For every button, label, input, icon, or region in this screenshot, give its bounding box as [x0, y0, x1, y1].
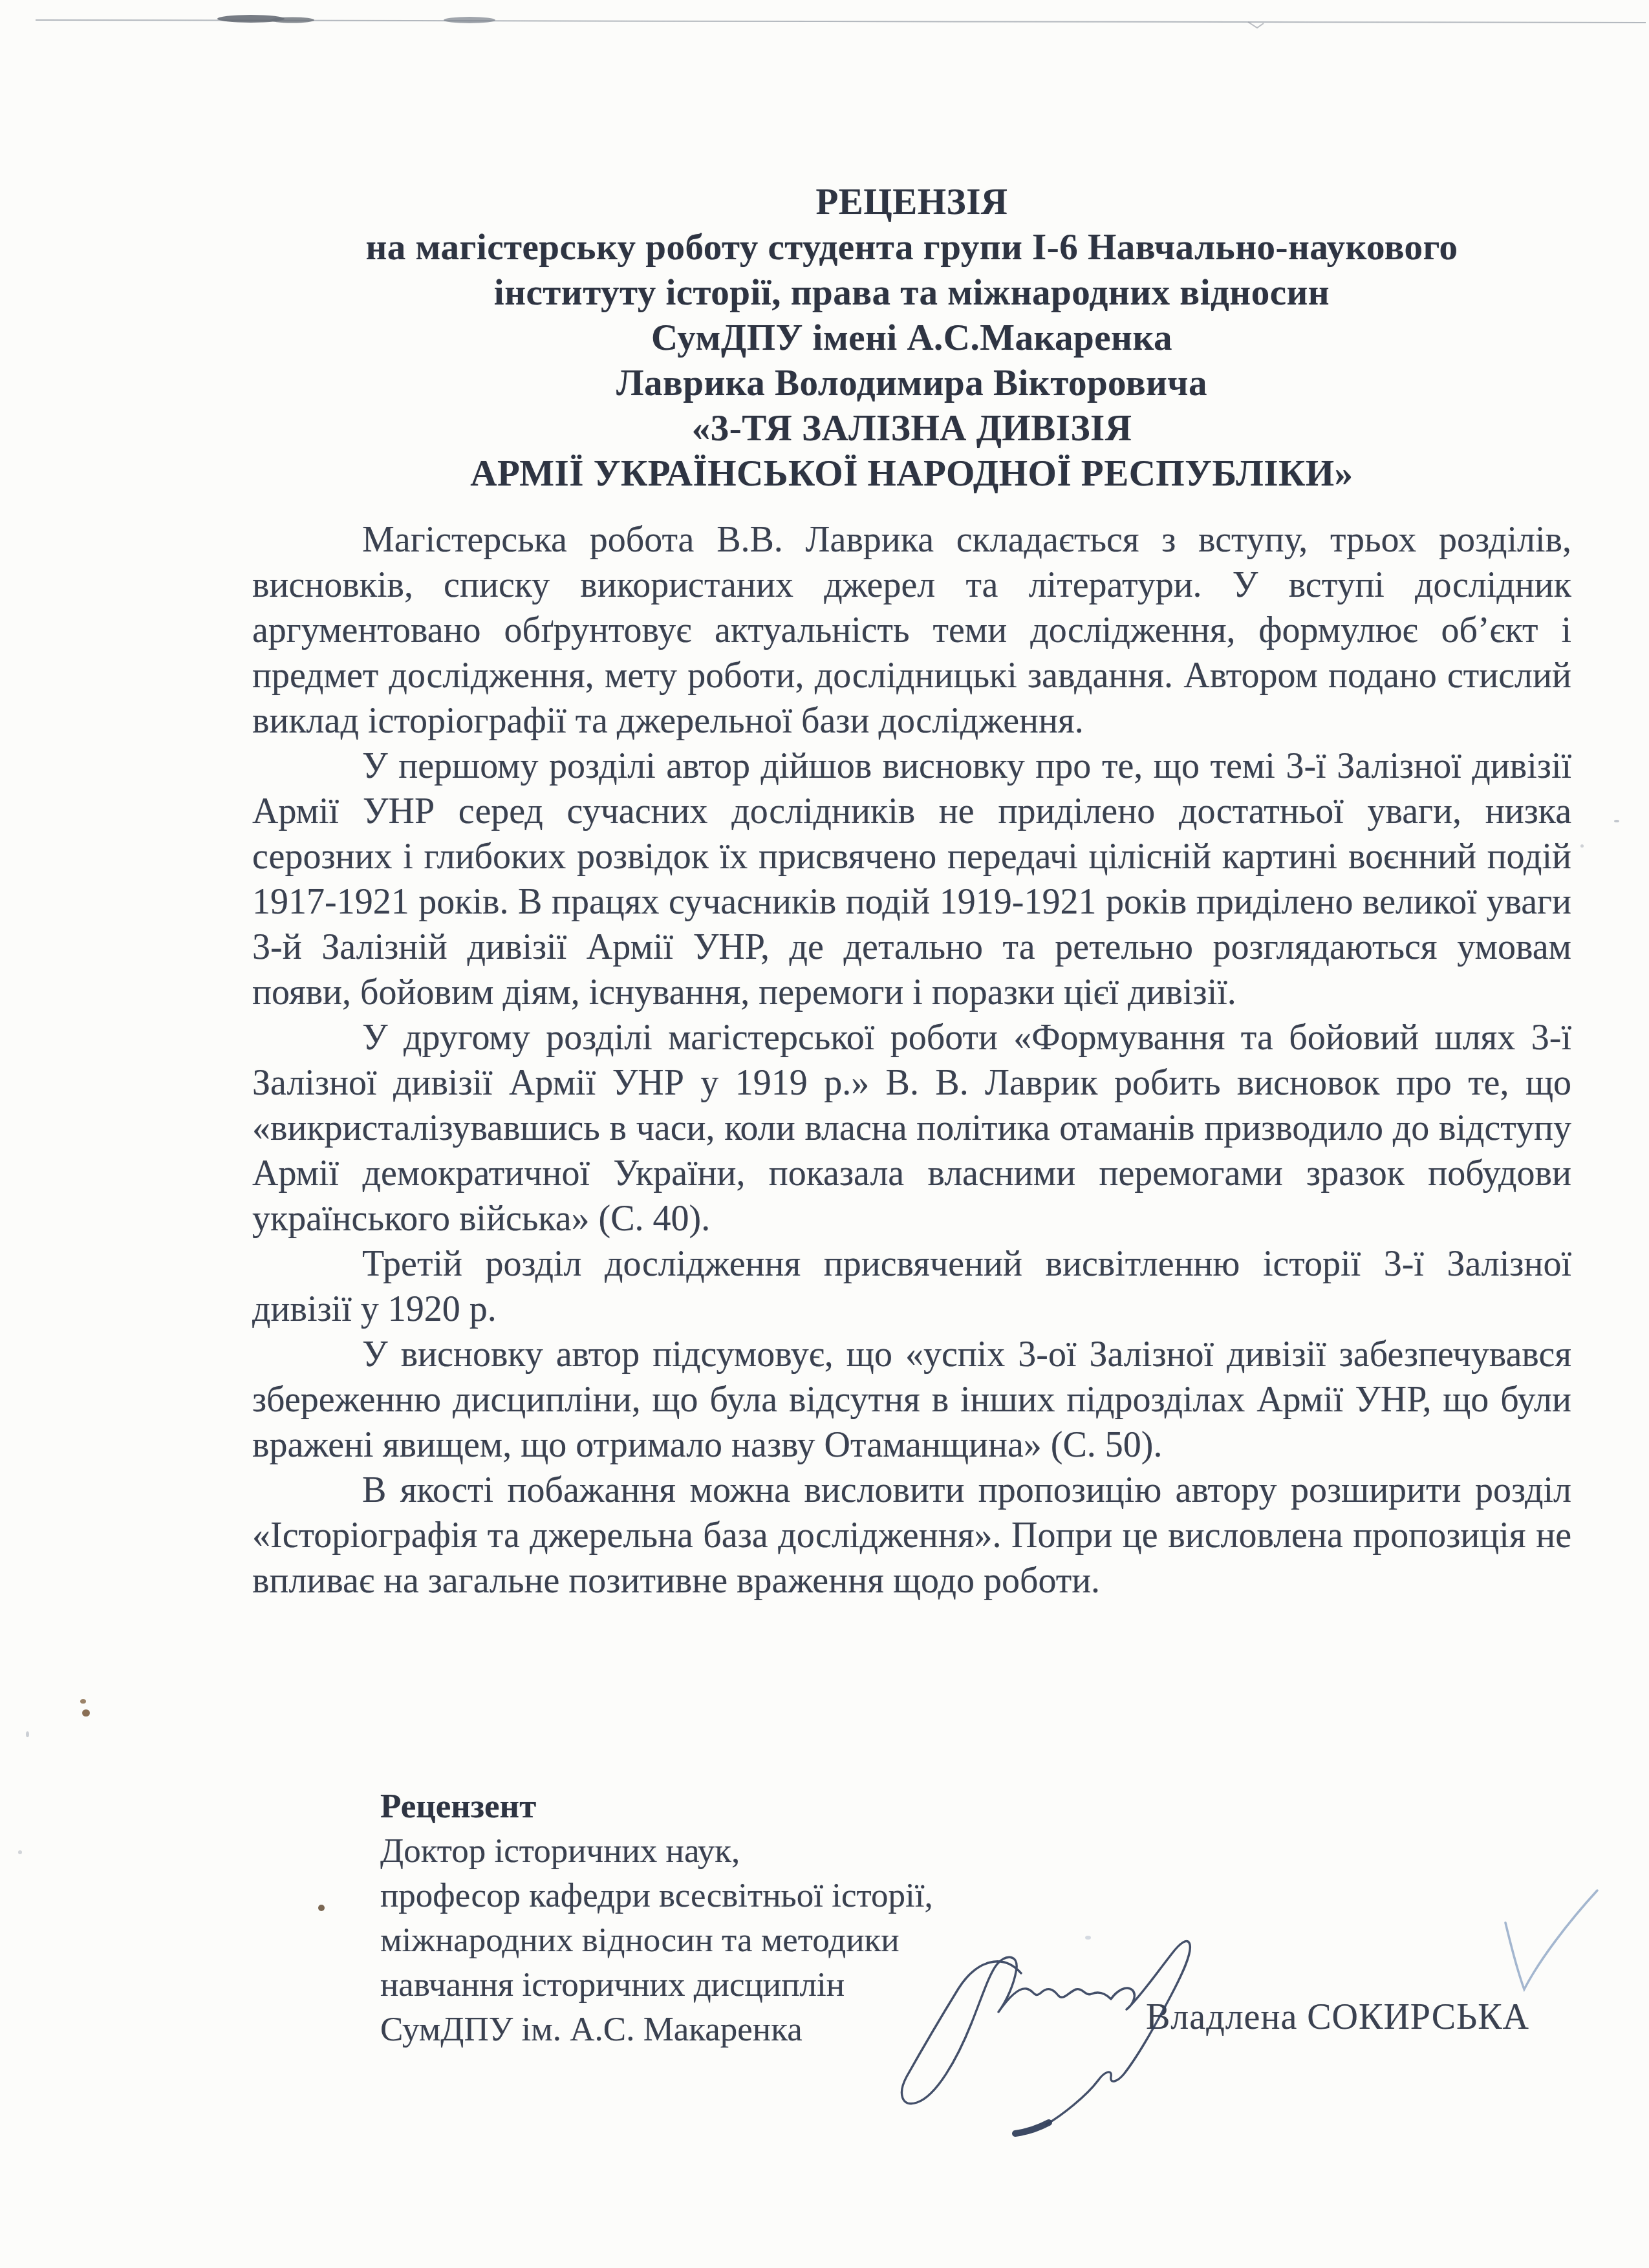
scan-speck — [18, 1850, 22, 1854]
scan-speck — [1580, 844, 1584, 848]
scan-speck — [1614, 820, 1619, 822]
reviewer-position-1: професор кафедри всесвітньої історії, — [380, 1874, 1156, 1918]
scan-speck — [26, 1731, 29, 1737]
paragraph-6: В якості побажання можна висловити пропо… — [252, 1468, 1571, 1603]
scanned-review-document: РЕЦЕНЗІЯ на магістерську роботу студента… — [0, 0, 1649, 2268]
document-title: РЕЦЕНЗІЯ — [252, 180, 1571, 225]
thesis-title-line-1: «3-ТЯ ЗАЛІЗНА ДИВІЗІЯ — [252, 406, 1571, 451]
scan-tick — [1248, 22, 1264, 28]
thesis-title-line-2: АРМІЇ УКРАЇНСЬКОЇ НАРОДНОЇ РЕСПУБЛІКИ» — [252, 451, 1571, 497]
header-line-1: на магістерську роботу студента групи І-… — [252, 225, 1571, 270]
reviewer-label: Рецензент — [380, 1784, 1156, 1829]
handwritten-signature — [879, 1927, 1209, 2146]
scan-speck — [318, 1905, 325, 1911]
scan-speck — [80, 1699, 86, 1704]
scan-blob — [270, 17, 314, 23]
scan-blob — [444, 17, 495, 23]
header-line-2: інституту історії, права та міжнародних … — [252, 270, 1571, 316]
signature-end-stroke — [1015, 2123, 1049, 2134]
document-body: Магістерська робота В.В. Лаврика складає… — [252, 517, 1571, 1603]
paragraph-3: У другому розділі магістерської роботи «… — [252, 1015, 1571, 1241]
scan-speck — [82, 1709, 90, 1717]
checkmark-stroke — [1505, 1890, 1597, 1989]
paragraph-4: Третій розділ дослідження присвячений ви… — [252, 1241, 1571, 1332]
signature-stroke — [902, 1942, 1191, 2124]
header-line-4: Лаврика Володимира Вікторовича — [252, 361, 1571, 406]
header-line-3: СумДПУ імені А.С.Макаренка — [252, 316, 1571, 361]
reviewer-degree: Доктор історичних наук, — [380, 1829, 1156, 1874]
paragraph-2: У першому розділі автор дійшов висновку … — [252, 744, 1571, 1015]
scan-speck — [1085, 1936, 1091, 1940]
paragraph-1: Магістерська робота В.В. Лаврика складає… — [252, 517, 1571, 744]
paragraph-5: У висновку автор підсумовує, що «успіх 3… — [252, 1332, 1571, 1468]
pen-checkmark-icon — [1499, 1883, 1609, 2002]
document-header: РЕЦЕНЗІЯ на магістерську роботу студента… — [252, 180, 1571, 497]
scan-artifact-line — [0, 0, 1649, 39]
